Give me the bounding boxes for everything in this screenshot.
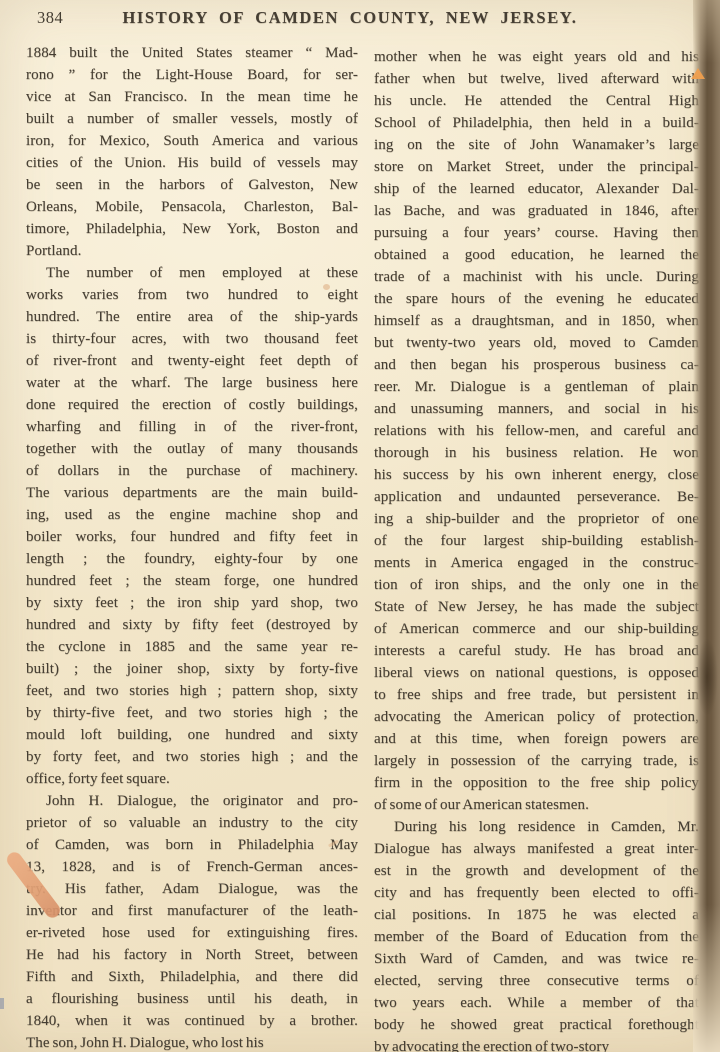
- text-line: ing a ship-builder and the proprietor of…: [374, 508, 699, 530]
- text-line: hundred feet ; the steam forge, one hund…: [26, 570, 358, 592]
- book-spine-shadow: [693, 0, 720, 1052]
- text-line: of Camden, was born in Philadelphia May: [26, 834, 358, 856]
- text-line: wharfing and filling in of the river-fro…: [26, 416, 358, 438]
- text-line: body he showed great practical forethoug…: [374, 1014, 699, 1036]
- text-line: built) ; the joiner shop, sixty by forty…: [26, 658, 358, 680]
- text-line: Dialogue has always manifested a great i…: [374, 838, 699, 860]
- text-line: hundred. The entire area of the ship-yar…: [26, 306, 358, 328]
- text-line: office, forty feet square.: [26, 768, 358, 790]
- text-line: las Bache, and was graduated in 1846, af…: [374, 200, 699, 222]
- text-line: rono ” for the Light-House Board, for se…: [26, 64, 358, 86]
- left-column: 1884 built the United States steamer “ M…: [26, 42, 358, 1052]
- text-line: by sixty feet ; the iron ship yard shop,…: [26, 592, 358, 614]
- text-line: obtained a good education, he learned th…: [374, 244, 699, 266]
- text-line: built a number of smaller vessels, mostl…: [26, 108, 358, 130]
- paragraph: mother when he was eight years old and h…: [374, 46, 699, 816]
- text-line: a flourishing business until his death, …: [26, 988, 358, 1010]
- text-line: reer. Mr. Dialogue is a gentleman of pla…: [374, 376, 699, 398]
- text-line: and then began his prosperous business c…: [374, 354, 699, 376]
- text-line: inventor and first manufacturer of the l…: [26, 900, 358, 922]
- text-line: of American commerce and our ship-buildi…: [374, 618, 699, 640]
- text-line: Sixth Ward of Camden, and was twice re-: [374, 948, 699, 970]
- text-line: pursuing a four years’ course. Having th…: [374, 222, 699, 244]
- page-fold-mark: [691, 68, 705, 79]
- paragraph: John H. Dialogue, the originator and pro…: [26, 790, 358, 1052]
- text-line: trade of a machinist with his uncle. Dur…: [374, 266, 699, 288]
- text-line: works varies from two hundred to eight: [26, 284, 358, 306]
- text-line: and at this time, when foreign powers ar…: [374, 728, 699, 750]
- text-line: prietor of so valuable an industry to th…: [26, 812, 358, 834]
- text-line: elected, serving three consecutive terms…: [374, 970, 699, 992]
- text-line: ments in America engaged in the construc…: [374, 552, 699, 574]
- text-line: application and undaunted perseverance. …: [374, 486, 699, 508]
- text-line: two years each. While a member of that: [374, 992, 699, 1014]
- paragraph: 1884 built the United States steamer “ M…: [26, 42, 358, 262]
- text-line: mould loft building, one hundred and six…: [26, 724, 358, 746]
- paragraph: During his long residence in Camden, Mr.…: [374, 816, 699, 1052]
- text-line: the spare hours of the evening he educat…: [374, 288, 699, 310]
- spine-smudge: [696, 638, 718, 716]
- text-line: and unassuming manners, and social in hi…: [374, 398, 699, 420]
- text-line: est in the growth and development of the: [374, 860, 699, 882]
- text-line: of river-front and twenty-eight feet dep…: [26, 350, 358, 372]
- text-line: of dollars in the purchase of machinery.: [26, 460, 358, 482]
- text-line: State of New Jersey, he has made the sub…: [374, 596, 699, 618]
- text-line: but twenty-two years old, moved to Camde…: [374, 332, 699, 354]
- text-line: boiler works, four hundred and fifty fee…: [26, 526, 358, 548]
- edge-speck: [0, 998, 4, 1009]
- text-line: member of the Board of Education from th…: [374, 926, 699, 948]
- text-line: try. His father, Adam Dialogue, was the: [26, 878, 358, 900]
- text-line: mother when he was eight years old and h…: [374, 46, 699, 68]
- text-line: School of Philadelphia, then held in a b…: [374, 112, 699, 134]
- text-line: firm in the opposition to the free ship …: [374, 772, 699, 794]
- text-line: timore, Philadelphia, New York, Boston a…: [26, 218, 358, 240]
- text-line: ship of the learned educator, Alexander …: [374, 178, 699, 200]
- text-line: feet, and two stories high ; pattern sho…: [26, 680, 358, 702]
- text-line: Portland.: [26, 240, 358, 262]
- text-line: city and has frequently been elected to …: [374, 882, 699, 904]
- text-line: interests a careful study. He has broad …: [374, 640, 699, 662]
- text-line: The various departments are the main bui…: [26, 482, 358, 504]
- text-line: John H. Dialogue, the originator and pro…: [26, 790, 358, 812]
- text-line: 13, 1828, and is of French-German ances-: [26, 856, 358, 878]
- text-line: by advocating the erection of two-story: [374, 1036, 699, 1052]
- text-line: ing, used as the engine machine shop and: [26, 504, 358, 526]
- text-line: store on Market Street, under the princi…: [374, 156, 699, 178]
- text-line: of the four largest ship-building establ…: [374, 530, 699, 552]
- text-line: largely in possession of the carrying tr…: [374, 750, 699, 772]
- stain-spot: [323, 284, 330, 290]
- text-line: to free ships and free trade, but persis…: [374, 684, 699, 706]
- text-line: ing on the site of John Wanamaker’s larg…: [374, 134, 699, 156]
- running-header: HISTORY OF CAMDEN COUNTY, NEW JERSEY.: [0, 8, 700, 28]
- book-page: 384 HISTORY OF CAMDEN COUNTY, NEW JERSEY…: [0, 0, 720, 1052]
- text-line: is thirty-four acres, with two thousand …: [26, 328, 358, 350]
- text-line: Orleans, Mobile, Pensacola, Charleston, …: [26, 196, 358, 218]
- text-line: by thirty-five feet, and two stories hig…: [26, 702, 358, 724]
- text-line: hundred and sixty by fifty feet (destroy…: [26, 614, 358, 636]
- right-column: mother when he was eight years old and h…: [374, 46, 699, 1052]
- text-line: of some of our American statesmen.: [374, 794, 699, 816]
- text-line: his success by his own inherent energy, …: [374, 464, 699, 486]
- text-line: cial positions. In 1875 he was elected a: [374, 904, 699, 926]
- text-line: liberal views on national questions, is …: [374, 662, 699, 684]
- text-line: advocating the American policy of protec…: [374, 706, 699, 728]
- text-line: The number of men employed at these: [26, 262, 358, 284]
- text-line: Fifth and Sixth, Philadelphia, and there…: [26, 966, 358, 988]
- text-line: by forty feet, and two stories high ; an…: [26, 746, 358, 768]
- text-line: vice at San Francisco. In the mean time …: [26, 86, 358, 108]
- text-line: himself as a draughtsman, and in 1850, w…: [374, 310, 699, 332]
- text-line: The son, John H. Dialogue, who lost his: [26, 1032, 358, 1052]
- text-line: 1884 built the United States steamer “ M…: [26, 42, 358, 64]
- text-line: together with the outlay of many thousan…: [26, 438, 358, 460]
- text-line: his uncle. He attended the Central High: [374, 90, 699, 112]
- paragraph: The number of men employed at theseworks…: [26, 262, 358, 790]
- text-line: relations with his fellow-men, and caref…: [374, 420, 699, 442]
- text-line: During his long residence in Camden, Mr.: [374, 816, 699, 838]
- text-line: water at the wharf. The large business h…: [26, 372, 358, 394]
- text-line: He had his factory in North Street, betw…: [26, 944, 358, 966]
- text-line: the cyclone in 1885 and the same year re…: [26, 636, 358, 658]
- text-line: father when but twelve, lived afterward …: [374, 68, 699, 90]
- text-line: tion of iron ships, and the only one in …: [374, 574, 699, 596]
- text-line: cities of the Union. His build of vessel…: [26, 152, 358, 174]
- text-line: 1840, when it was continued by a brother…: [26, 1010, 358, 1032]
- text-line: length ; the foundry, eighty-four by one: [26, 548, 358, 570]
- text-line: be seen in the harbors of Galveston, New: [26, 174, 358, 196]
- text-line: thorough in his business relation. He wo…: [374, 442, 699, 464]
- text-line: er-riveted hose used for extinguishing f…: [26, 922, 358, 944]
- text-line: iron, for Mexico, South America and vari…: [26, 130, 358, 152]
- text-line: done required the erection of costly bui…: [26, 394, 358, 416]
